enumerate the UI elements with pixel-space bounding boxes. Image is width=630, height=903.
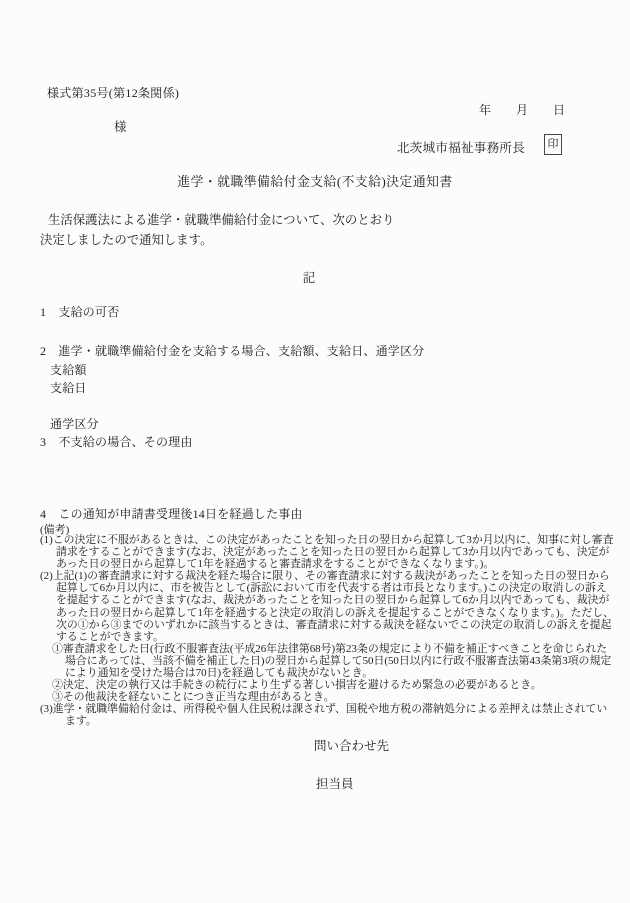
remarks-block: (1)この決定に不服があるときは、この決定があったことを知った日の翌日から起算し… bbox=[40, 534, 614, 728]
intro-line-2: 決定しましたので通知します。 bbox=[40, 231, 394, 251]
intro-line-1: 生活保護法による進学・就職準備給付金について、次のとおり bbox=[40, 211, 394, 231]
item-2-sub-payment-amount: 支給額 bbox=[50, 361, 87, 378]
remarks-line: 請求をすることができます(なお、決定があったことを知った日の翌日から起算して3か… bbox=[40, 546, 614, 558]
staff-label: 担当員 bbox=[316, 774, 354, 792]
item-2-payment-details: 2 進学・就職準備給付金を支給する場合、支給額、支給日、通学区分 bbox=[40, 342, 424, 359]
item-2-sub-payment-date: 支給日 bbox=[50, 379, 87, 396]
date-month-label: 月 bbox=[516, 101, 528, 118]
remarks-line: (3)進学・就職準備給付金は、所得税や個人住民税は課されず、国税や地方税の滞納処… bbox=[40, 703, 614, 715]
form-number: 様式第35号(第12条関係) bbox=[47, 84, 179, 101]
issuer-name: 北茨城市福祉事務所長 bbox=[397, 138, 525, 156]
remarks-line: を提起することができます(なお、裁決があったことを知った日の翌日から起算して6か… bbox=[40, 594, 614, 606]
remarks-line: あった日の翌日から起算して1年を経過すると審査請求をすることができなくなります。… bbox=[40, 558, 614, 570]
date-line: 年 月 日 bbox=[479, 101, 565, 118]
item-4-delay-reason: 4 この通知が申請書受理後14日を経過した事由 bbox=[40, 505, 303, 522]
date-year-label: 年 bbox=[479, 101, 491, 118]
item-3-nonpayment-reason: 3 不支給の場合、その理由 bbox=[40, 433, 193, 450]
seal-stamp-box: 印 bbox=[544, 134, 562, 155]
item-1-payment-decision: 1 支給の可否 bbox=[40, 303, 119, 320]
intro-paragraph: 生活保護法による進学・就職準備給付金について、次のとおり 決定しましたので通知し… bbox=[40, 211, 394, 250]
remarks-line: (1)この決定に不服があるときは、この決定があったことを知った日の翌日から起算し… bbox=[40, 534, 614, 546]
remarks-line: 場合にあっては、当該不備を補正した日)の翌日から起算して50日(50日以内に行政… bbox=[40, 655, 614, 667]
document-page: 様式第35号(第12条関係) 年 月 日 様 北茨城市福祉事務所長 印 進学・就… bbox=[0, 0, 630, 903]
date-gap bbox=[491, 101, 516, 118]
remarks-line: 起算して6か月以内に、市を被告として(訴訟において市を代表する者は市長となります… bbox=[40, 582, 614, 594]
record-marker: 記 bbox=[0, 268, 618, 286]
remarks-line: (2)上記(1)の審査請求に対する裁決を経た場合に限り、その審査請求に対する裁決… bbox=[40, 570, 614, 582]
remarks-line: ③その他裁決を経ないことにつき正当な理由があるとき。 bbox=[40, 691, 614, 703]
remarks-line: 次の①から③までのいずれかに該当するときは、審査請求に対する裁決を経ないでこの決… bbox=[40, 619, 614, 631]
remarks-line: ①審査請求をした日(行政不服審査法(平成26年法律第68号)第23条の規定により… bbox=[40, 643, 614, 655]
addressee-suffix: 様 bbox=[114, 117, 127, 135]
remarks-line: により通知を受けた場合は70日)を経過しても裁決がないとき。 bbox=[40, 667, 614, 679]
remarks-line: ます。 bbox=[40, 715, 614, 727]
remarks-line: あった日の翌日から起算して1年を経過すると決定の取消しの訴えを提起することができ… bbox=[40, 607, 614, 619]
document-title: 進学・就職準備給付金支給(不支給)決定通知書 bbox=[0, 171, 630, 190]
date-gap bbox=[528, 101, 553, 118]
remarks-line: することができます。 bbox=[40, 631, 614, 643]
item-2-sub-commute-category: 通学区分 bbox=[50, 415, 99, 432]
date-day-label: 日 bbox=[553, 101, 565, 118]
remarks-line: ②決定、決定の執行又は手続きの続行により生ずる著しい損害を避けるため緊急の必要が… bbox=[40, 679, 614, 691]
contact-label: 問い合わせ先 bbox=[314, 736, 389, 754]
